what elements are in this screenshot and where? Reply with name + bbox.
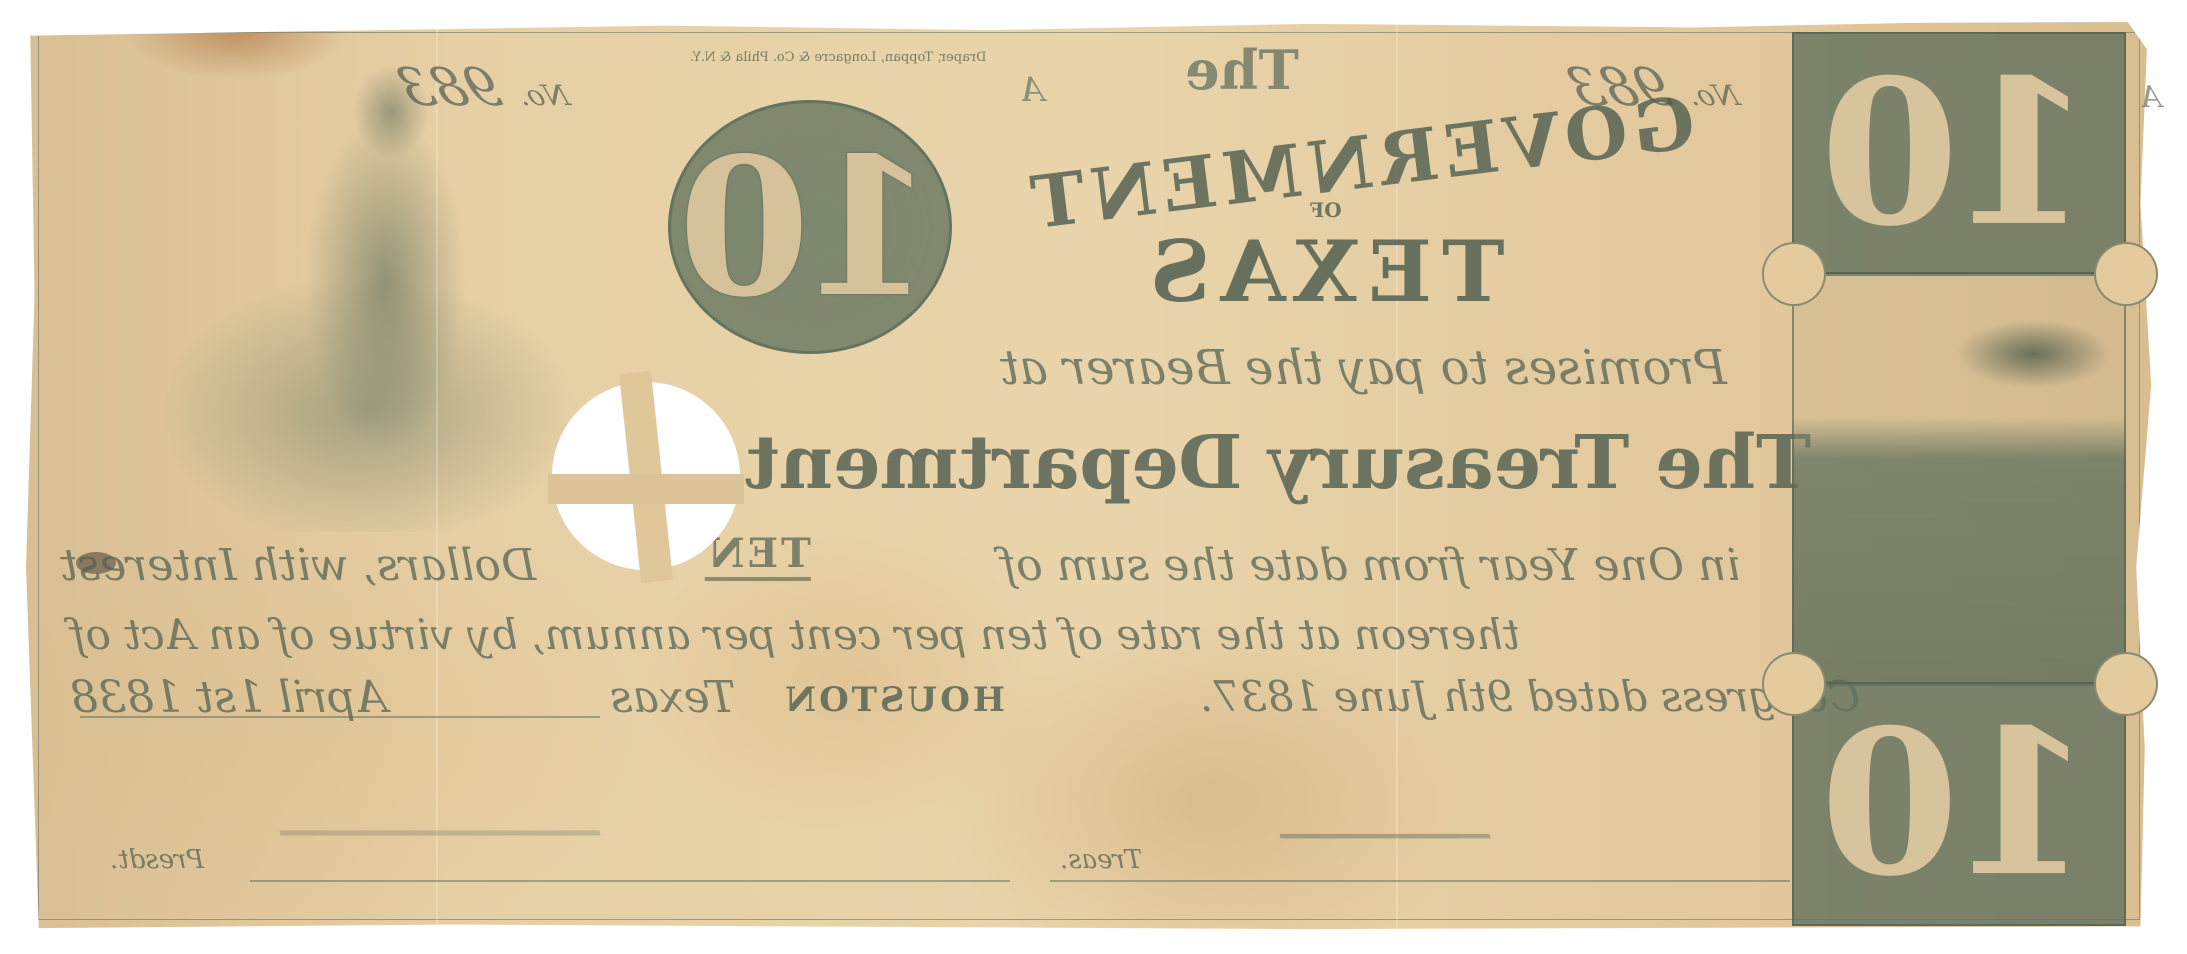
promise-line: Promises to pay the Bearer at [1000, 340, 1727, 396]
date-rule [80, 716, 600, 718]
act-line: Congress dated 9th June 1837. [1200, 672, 1860, 721]
plate-letter: A [1020, 70, 1045, 110]
printer-imprint: Draper, Toppan, Longacre & Co. Phila & N… [690, 50, 986, 65]
panel-notch [1762, 652, 1826, 716]
handwritten-signature: ――― [1280, 790, 1490, 872]
denomination-oval: 10 [668, 100, 952, 354]
dollars-line: Dollars, with Interest [60, 540, 536, 591]
title-texas: TEXAS [1140, 222, 1505, 321]
signature-rule-right [1050, 880, 1790, 882]
steamboat-vignette [1792, 272, 2126, 686]
signature-left-title: Presdt. [110, 845, 204, 875]
state-texas: Texas [610, 672, 736, 723]
denomination-numeral: 10 [686, 116, 934, 339]
place-houston: HOUSTON [782, 680, 1005, 720]
title-of: OF [1310, 198, 1342, 222]
title-the: The [1185, 38, 1299, 102]
serial-number: No. 983 [389, 58, 576, 118]
denomination-panel-bottom: 10 [1792, 682, 2126, 926]
panel-notch [1762, 242, 1826, 306]
punch-hole-paper-strip [548, 474, 744, 504]
signature-rule-left [250, 880, 1010, 882]
signature-right-title: Treas. [1060, 845, 1142, 875]
plate-letter: A [2140, 80, 2162, 115]
right-end-panel: 10 10 [1784, 32, 2134, 922]
panel-notch [2094, 652, 2158, 716]
denomination-panel-top: 10 [1792, 32, 2126, 276]
serial-number: No. 983 [1559, 58, 1746, 118]
amount-word: TEN [705, 530, 811, 581]
panel-notch [2094, 242, 2158, 306]
handwritten-signature: ―――― [280, 780, 600, 873]
terms-line: in One Year from date the sum of [1000, 540, 1740, 591]
interest-line: thereon at the rate of ten per cent per … [70, 610, 1520, 659]
treasury-line: The Treasury Department [745, 420, 1811, 506]
